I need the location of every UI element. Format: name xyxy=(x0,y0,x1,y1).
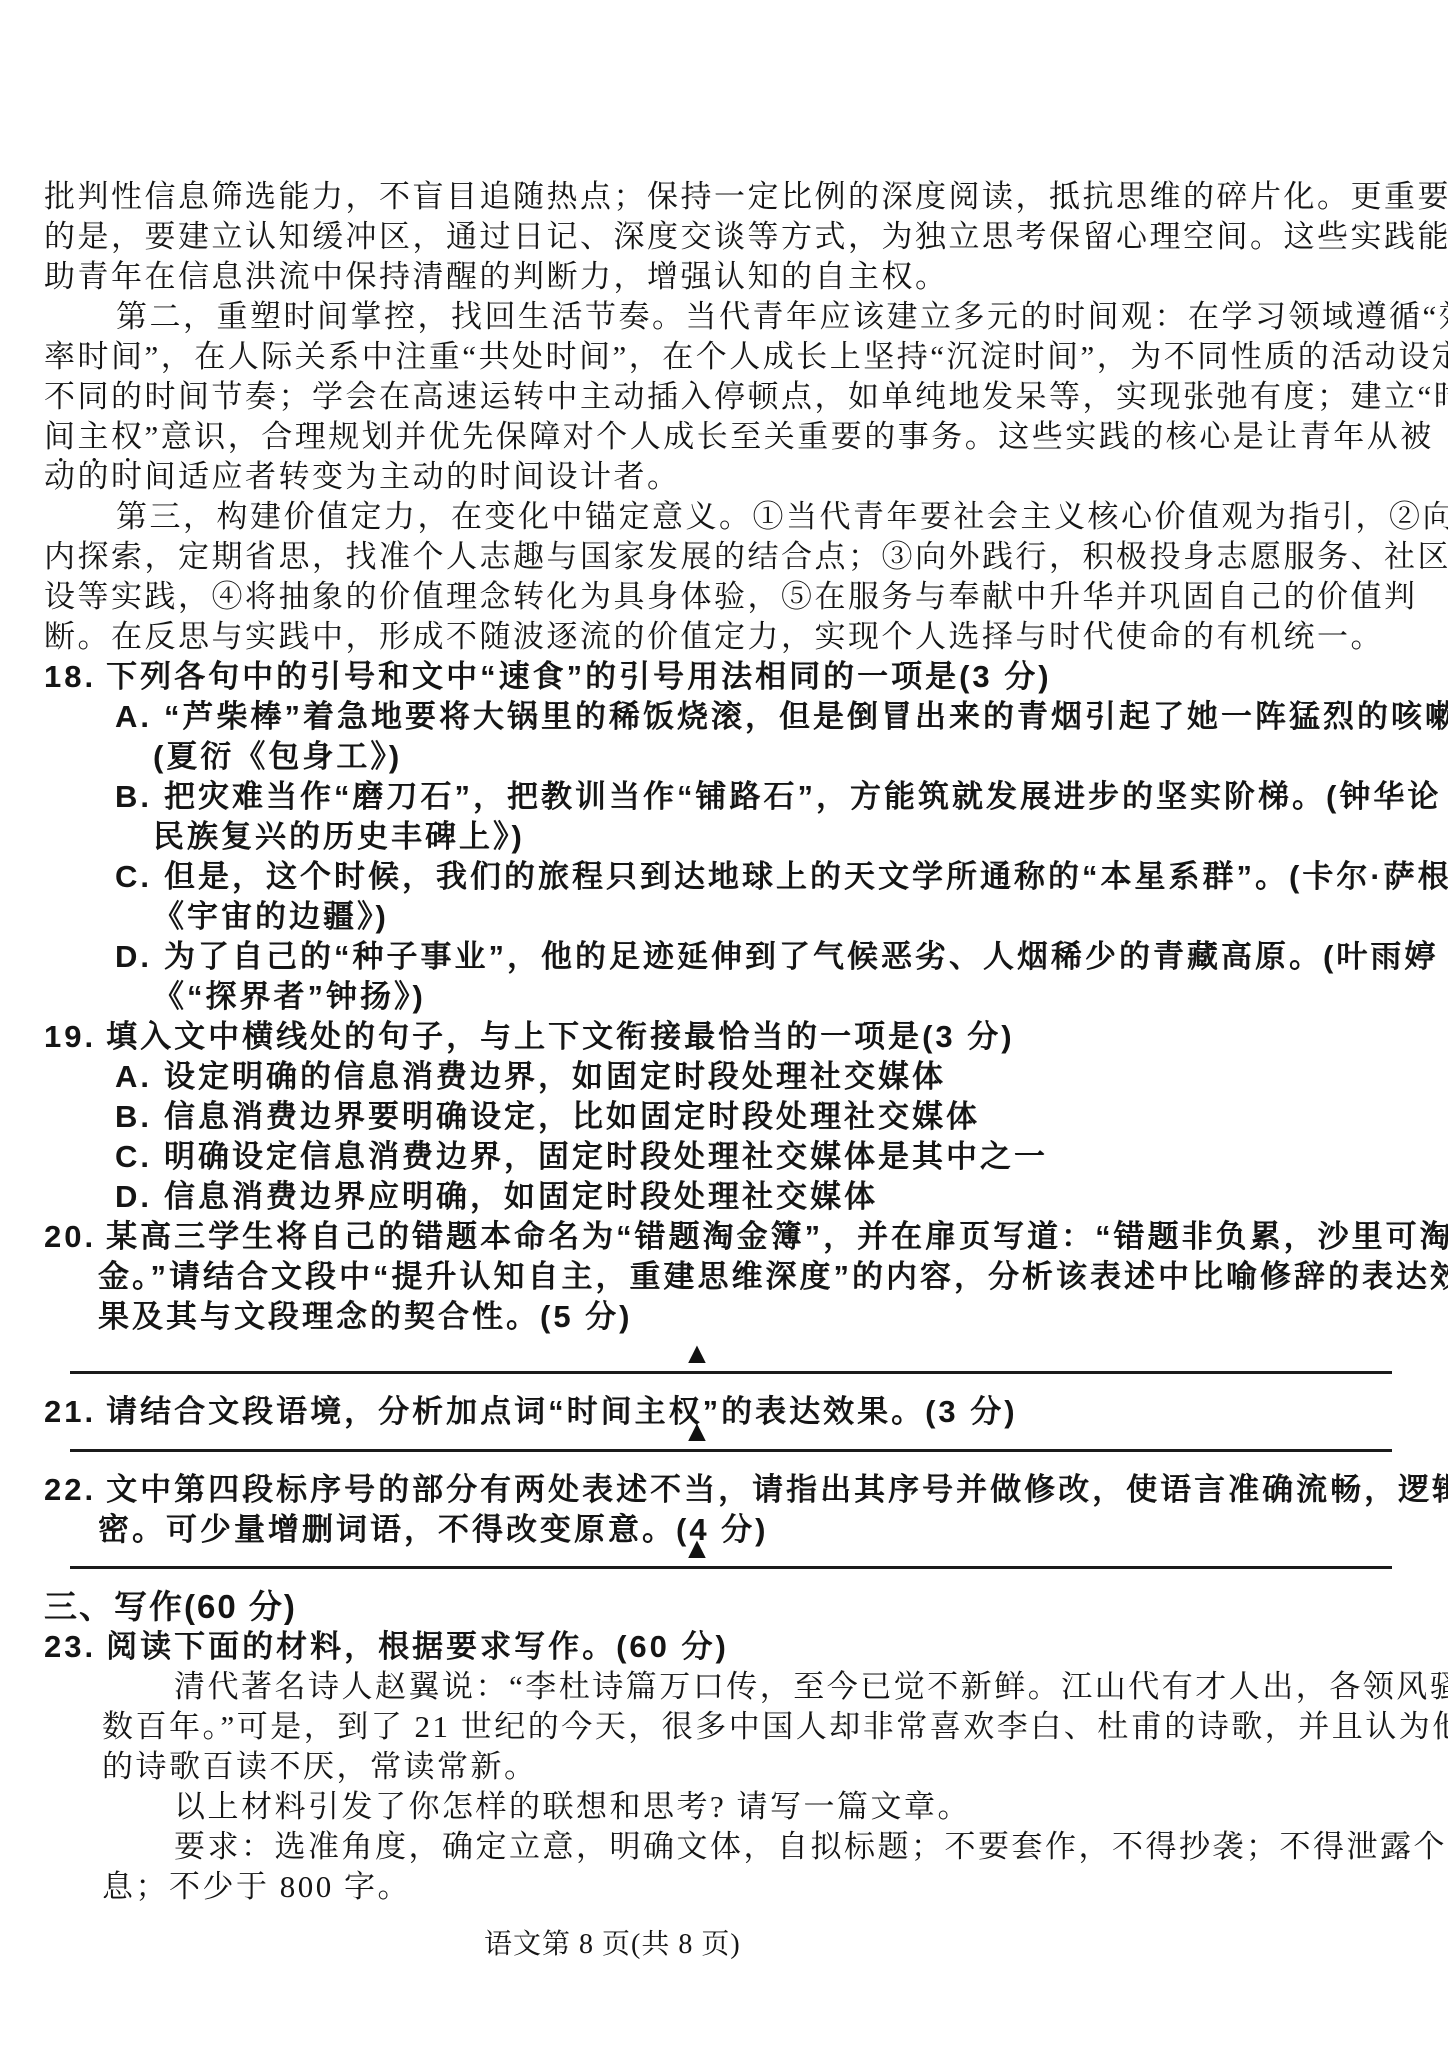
option-label: D. xyxy=(115,939,164,974)
material-line: 的诗歌百读不厌，常读常新。 xyxy=(44,1747,1404,1787)
question-19-stem: 19.填入文中横线处的句子，与上下文衔接最恰当的一项是(3 分) xyxy=(44,1017,1404,1057)
question-number: 20. xyxy=(44,1219,106,1254)
question-number: 21. xyxy=(44,1394,106,1429)
passage-line: 助青年在信息洪流中保持清醒的判断力，增强认知的自主权。 xyxy=(44,257,1404,297)
passage-line: 断。在反思与实践中，形成不随波逐流的价值定力，实现个人选择与时代使命的有机统一。 xyxy=(44,617,1404,657)
question-23-stem: 23.阅读下面的材料，根据要求写作。(60 分) xyxy=(44,1627,1404,1667)
question-19-option-d: D.信息消费边界应明确，如固定时段处理社交媒体 xyxy=(44,1177,1404,1217)
question-number: 22. xyxy=(44,1472,106,1507)
option-text: 把灾难当作“磨刀石”，把教训当作“铺路石”，方能筑就发展进步的坚实阶梯。(钟华论… xyxy=(164,779,1448,814)
option-label: B. xyxy=(115,1099,164,1134)
option-label: A. xyxy=(115,1059,164,1094)
question-18-option-c: C.但是，这个时候，我们的旅程只到达地球上的天文学所通称的“本星系群”。(卡尔·… xyxy=(44,857,1404,897)
question-18-option-a: A.“芦柴棒”着急地要将大锅里的稀饭烧滚，但是倒冒出来的青烟引起了她一阵猛烈的咳… xyxy=(44,697,1404,737)
question-19-option-a: A.设定明确的信息消费边界，如固定时段处理社交媒体 xyxy=(44,1057,1404,1097)
answer-marker-icon: ▲ xyxy=(682,1415,712,1449)
question-18-option-b: B.把灾难当作“磨刀石”，把教训当作“铺路石”，方能筑就发展进步的坚实阶梯。(钟… xyxy=(44,777,1404,817)
question-text: 请结合文段语境，分析加点词“时间主权”的表达效果。(3 分) xyxy=(106,1394,1018,1429)
answer-marker-icon: ▲ xyxy=(682,1337,712,1371)
material-prompt: 以上材料引发了你怎样的联想和思考? 请写一篇文章。 xyxy=(44,1787,1404,1827)
question-20-stem: 20.某高三学生将自己的错题本命名为“错题淘金簿”，并在扉页写道：“错题非负累，… xyxy=(44,1217,1404,1257)
page-footer: 语文第 8 页(共 8 页) xyxy=(44,1925,1404,1965)
material-line: 清代著名诗人赵翼说：“李杜诗篇万口传，至今已觉不新鲜。江山代有才人出，各领风骚 xyxy=(44,1667,1404,1707)
option-label: B. xyxy=(115,779,164,814)
option-label: A. xyxy=(115,699,164,734)
question-22-stem: 22.文中第四段标序号的部分有两处表述不当，请指出其序号并做修改，使语言准确流畅… xyxy=(44,1470,1404,1510)
page-content: 批判性信息筛选能力，不盲目追随热点；保持一定比例的深度阅读，抵抗思维的碎片化。更… xyxy=(44,0,1404,1965)
passage-line: 第三，构建价值定力，在变化中锚定意义。①当代青年要社会主义核心价值观为指引，②向 xyxy=(44,497,1404,537)
answer-marker-icon: ▲ xyxy=(682,1532,712,1566)
passage-line: 动的时间适应者转变为主动的时间设计者。 xyxy=(44,457,1404,497)
question-18-option-c-cont: 《宇宙的边疆》) xyxy=(44,897,1404,937)
question-18-option-d-cont: 《“探界者”钟扬》) xyxy=(44,977,1404,1017)
question-text: 阅读下面的材料，根据要求写作。(60 分) xyxy=(106,1629,729,1664)
passage-line: 率时间”，在人际关系中注重“共处时间”，在个人成长上坚持“沉淀时间”，为不同性质… xyxy=(44,337,1404,377)
option-label: D. xyxy=(115,1179,164,1214)
passage-line: 不同的时间节奏；学会在高速运转中主动插入停顿点，如单纯地发呆等，实现张弛有度；建… xyxy=(44,377,1404,417)
option-text: 信息消费边界应明确，如固定时段处理社交媒体 xyxy=(164,1179,878,1214)
passage-line: 间主权”意识，合理规划并优先保障对个人成长至关重要的事务。这些实践的核心是让青年… xyxy=(44,417,1404,457)
question-text: 某高三学生将自己的错题本命名为“错题淘金簿”，并在扉页写道：“错题非负累，沙里可… xyxy=(106,1219,1448,1254)
passage-line: 的是，要建立认知缓冲区，通过日记、深度交谈等方式，为独立思考保留心理空间。这些实… xyxy=(44,217,1404,257)
question-20-cont: 金。”请结合文段中“提升认知自主，重建思维深度”的内容，分析该表述中比喻修辞的表… xyxy=(44,1257,1404,1297)
option-text: 设定明确的信息消费边界，如固定时段处理社交媒体 xyxy=(164,1059,946,1094)
material-requirements: 要求：选准角度，确定立意，明确文体，自拟标题；不要套作，不得抄袭；不得泄露个人信 xyxy=(44,1827,1404,1867)
question-text: 填入文中横线处的句子，与上下文衔接最恰当的一项是(3 分) xyxy=(106,1019,1015,1054)
section-writing-heading: 三、写作(60 分) xyxy=(44,1587,1404,1627)
option-label: C. xyxy=(115,859,164,894)
passage-text: 不同的时间节奏；学会在高速运转中主动插入停顿点，如单纯地发呆等，实现张弛有度；建… xyxy=(44,379,1434,414)
question-text: 文中第四段标序号的部分有两处表述不当，请指出其序号并做修改，使语言准确流畅，逻辑… xyxy=(106,1472,1448,1507)
passage-line: 批判性信息筛选能力，不盲目追随热点；保持一定比例的深度阅读，抵抗思维的碎片化。更… xyxy=(44,177,1404,217)
emphasized-word-part: 时 xyxy=(1434,379,1448,414)
material-line: 数百年。”可是，到了 21 世纪的今天，很多中国人却非常喜欢李白、杜甫的诗歌，并… xyxy=(44,1707,1404,1747)
passage-line: 设等实践，④将抽象的价值理念转化为具身体验，⑤在服务与奉献中升华并巩固自己的价值… xyxy=(44,577,1404,617)
option-label: C. xyxy=(115,1139,164,1174)
question-18-stem: 18.下列各句中的引号和文中“速食”的引号用法相同的一项是(3 分) xyxy=(44,657,1404,697)
option-text: 为了自己的“种子事业”，他的足迹延伸到了气候恶劣、人烟稀少的青藏高原。(叶雨婷 xyxy=(164,939,1438,974)
option-text: 信息消费边界要明确设定，比如固定时段处理社交媒体 xyxy=(164,1099,980,1134)
question-number: 23. xyxy=(44,1629,106,1664)
question-19-option-b: B.信息消费边界要明确设定，比如固定时段处理社交媒体 xyxy=(44,1097,1404,1137)
question-18-option-d: D.为了自己的“种子事业”，他的足迹延伸到了气候恶劣、人烟稀少的青藏高原。(叶雨… xyxy=(44,937,1404,977)
question-18-option-a-cont: (夏衍《包身工》) xyxy=(44,737,1404,777)
question-19-option-c: C.明确设定信息消费边界，固定时段处理社交媒体是其中之一 xyxy=(44,1137,1404,1177)
question-number: 18. xyxy=(44,659,106,694)
emphasized-word-part: 间主权 xyxy=(44,419,145,454)
question-18-option-b-cont: 民族复兴的历史丰碑上》) xyxy=(44,817,1404,857)
question-number: 19. xyxy=(44,1019,106,1054)
option-text: 明确设定信息消费边界，固定时段处理社交媒体是其中之一 xyxy=(164,1139,1048,1174)
exam-paper-page: 批判性信息筛选能力，不盲目追随热点；保持一定比例的深度阅读，抵抗思维的碎片化。更… xyxy=(0,0,1448,2047)
material-requirements-cont: 息；不少于 800 字。 xyxy=(44,1867,1404,1907)
question-20-cont: 果及其与文段理念的契合性。(5 分) xyxy=(44,1297,1404,1337)
option-text: 但是，这个时候，我们的旅程只到达地球上的天文学所通称的“本星系群”。(卡尔·萨根 xyxy=(164,859,1448,894)
option-text: “芦柴棒”着急地要将大锅里的稀饭烧滚，但是倒冒出来的青烟引起了她一阵猛烈的咳嗽。 xyxy=(164,699,1448,734)
question-text: 下列各句中的引号和文中“速食”的引号用法相同的一项是(3 分) xyxy=(106,659,1052,694)
passage-text: ”意识，合理规划并优先保障对个人成长至关重要的事务。这些实践的核心是让青年从被 xyxy=(145,419,1434,454)
passage-line: 第二，重塑时间掌控，找回生活节奏。当代青年应该建立多元的时间观：在学习领域遵循“… xyxy=(44,297,1404,337)
passage-line: 内探索，定期省思，找准个人志趣与国家发展的结合点；③向外践行，积极投身志愿服务、… xyxy=(44,537,1404,577)
answer-line: ▲ xyxy=(70,1337,1392,1374)
